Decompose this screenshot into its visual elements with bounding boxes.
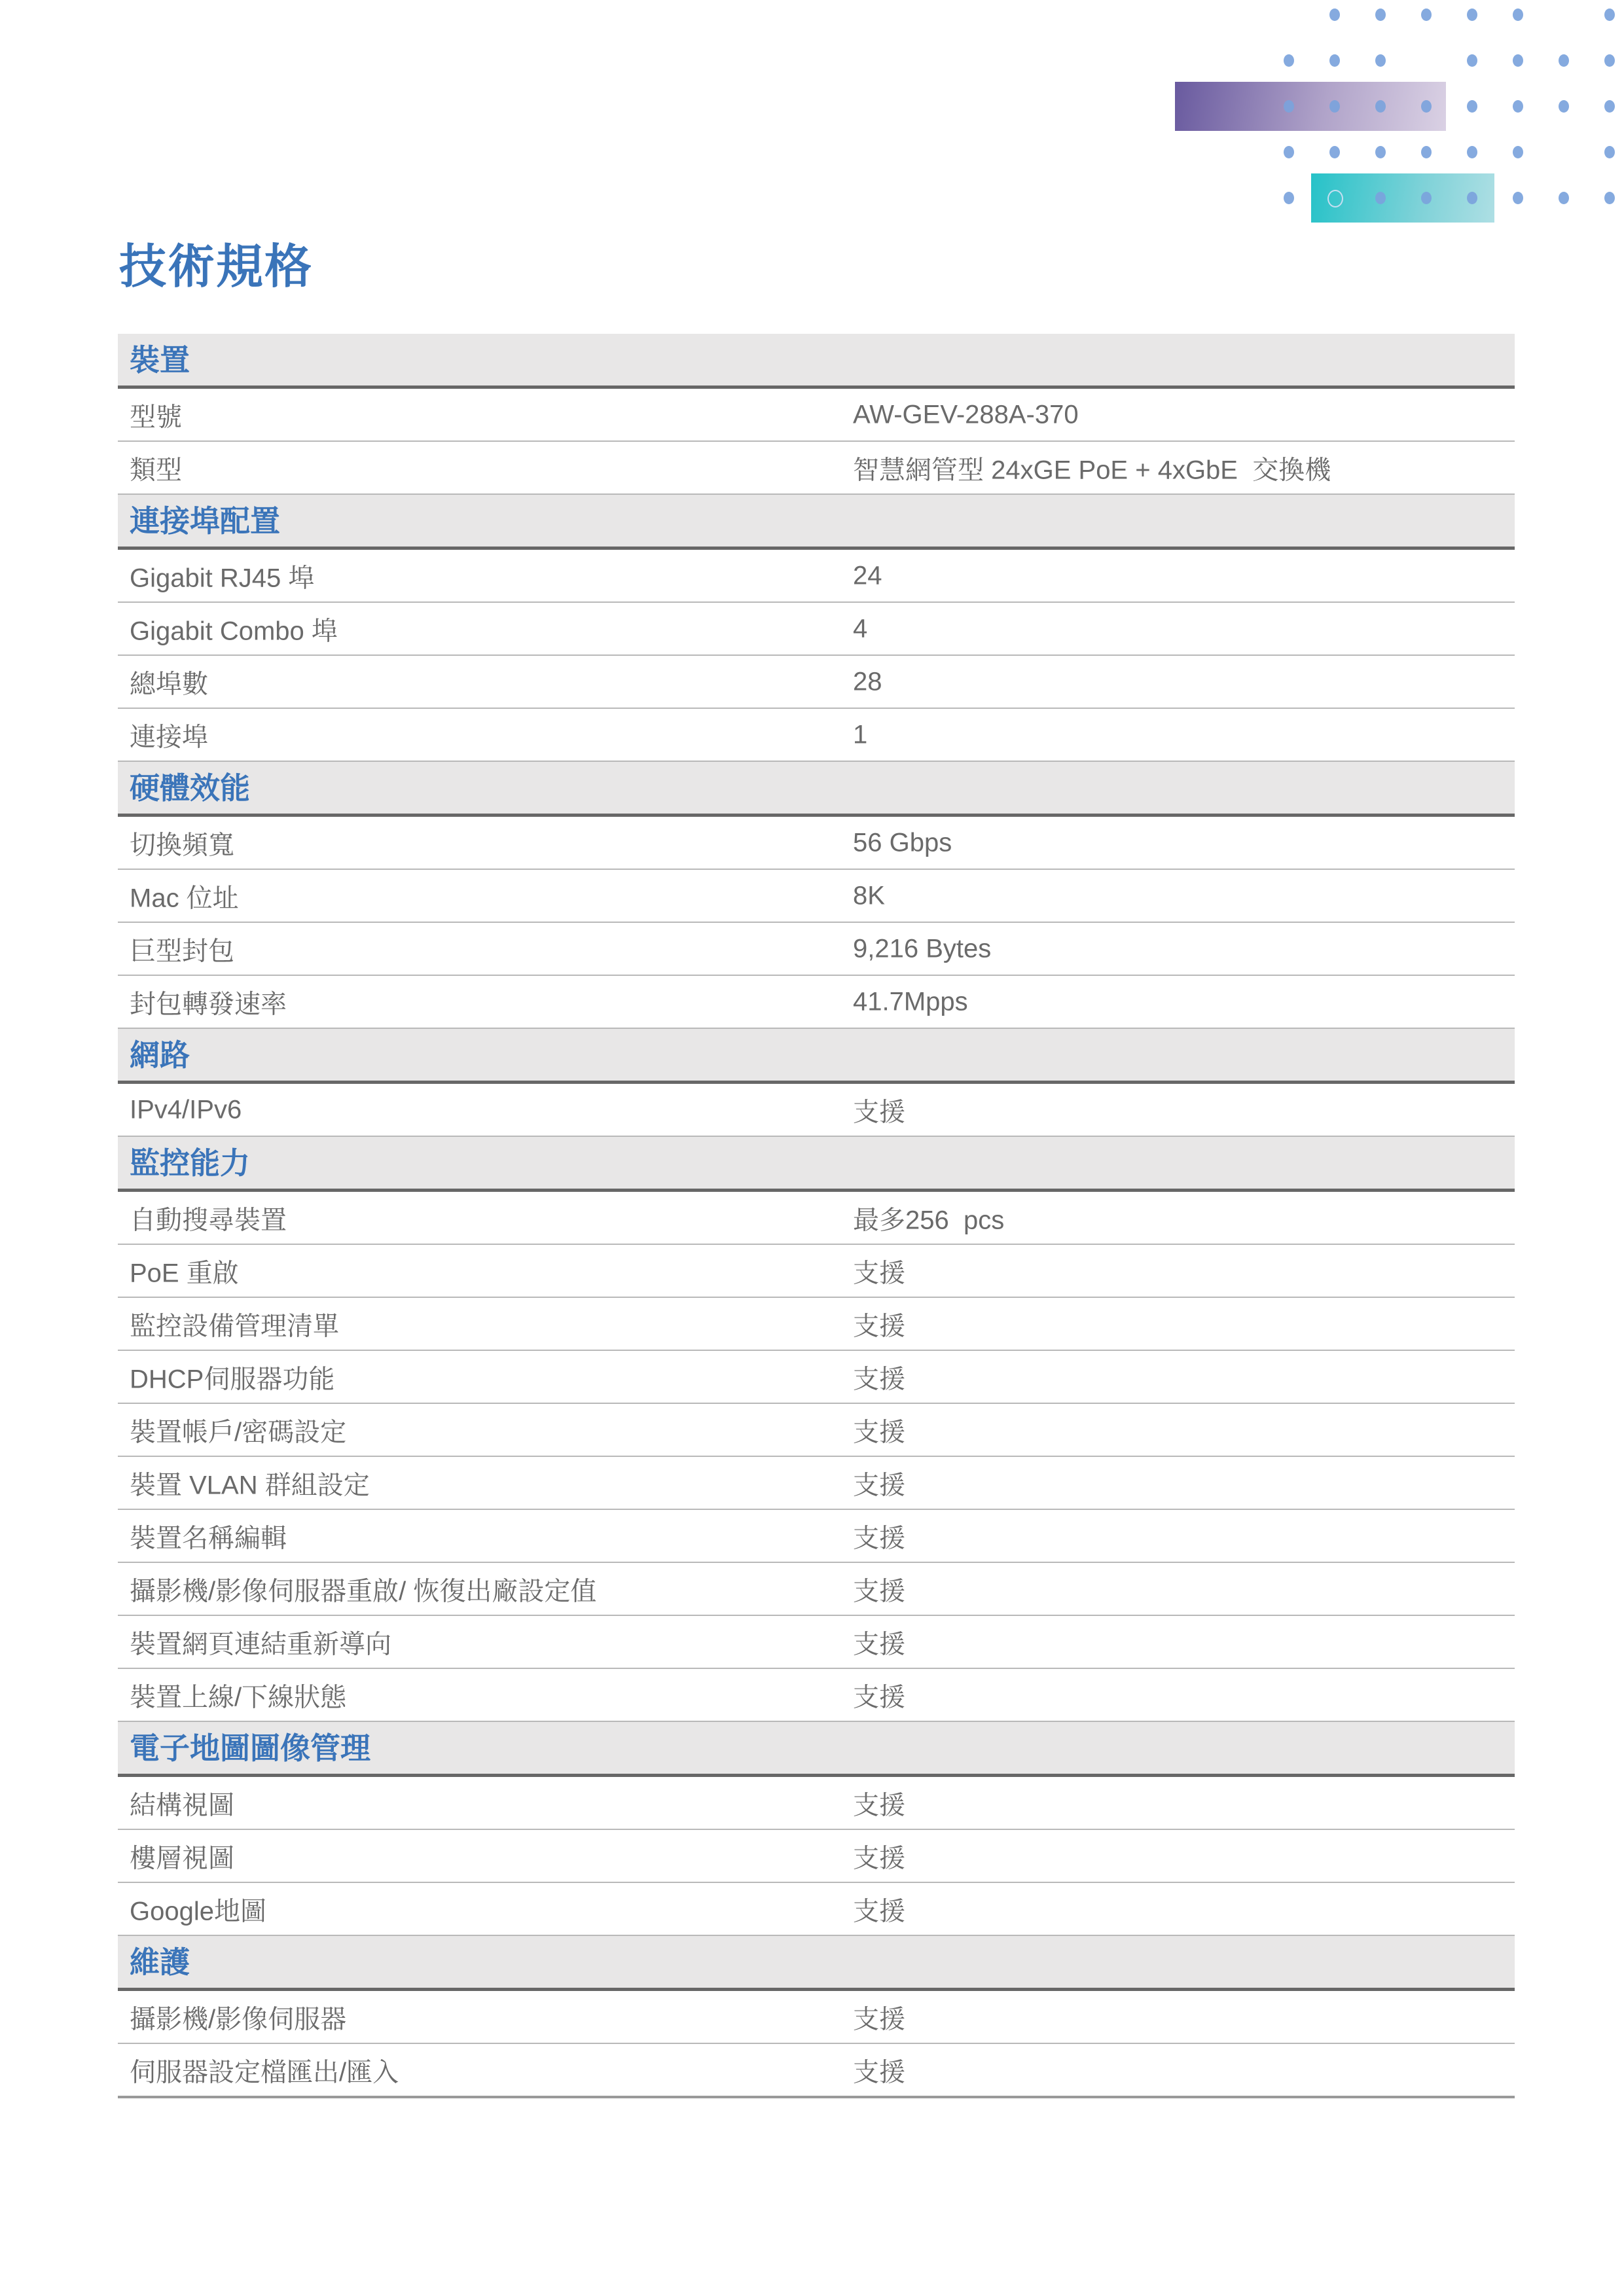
row-value: 支援 <box>853 1464 905 1501</box>
table-row: 攝影機/影像伺服器重啟/ 恢復出廠設定值支援 <box>118 1563 1515 1616</box>
table-row: Google地圖支援 <box>118 1883 1515 1936</box>
row-value: 41.7Mpps <box>853 987 968 1016</box>
decorative-dot <box>1327 190 1343 207</box>
table-row: DHCP伺服器功能支援 <box>118 1351 1515 1404</box>
row-label: 切換頻寬 <box>130 824 234 861</box>
section-header: 監控能力 <box>118 1137 1515 1192</box>
decorative-dot <box>1375 192 1386 204</box>
decorative-dot <box>1467 192 1477 204</box>
decorative-dot <box>1421 100 1432 113</box>
decorative-dot <box>1467 54 1477 67</box>
row-label: Google地圖 <box>130 1890 266 1928</box>
section-header: 硬體效能 <box>118 762 1515 817</box>
row-label: 自動搜尋裝置 <box>130 1199 287 1236</box>
table-row: 裝置帳戶/密碼設定支援 <box>118 1404 1515 1457</box>
row-label: 結構視圖 <box>130 1784 234 1821</box>
row-value: 9,216 Bytes <box>853 934 991 963</box>
row-label: IPv4/IPv6 <box>130 1095 242 1124</box>
table-row: 類型智慧網管型 24xGE PoE + 4xGbE 交換機 <box>118 442 1515 495</box>
row-label: 裝置 VLAN 群組設定 <box>130 1464 370 1501</box>
decorative-dot <box>1513 192 1523 204</box>
decorative-dot <box>1375 54 1386 67</box>
table-row: 樓層視圖支援 <box>118 1830 1515 1883</box>
decorative-dot <box>1421 9 1432 21</box>
row-value: 支援 <box>853 1305 905 1342</box>
decorative-dot <box>1559 100 1569 113</box>
top-right-decoration <box>0 0 1624 275</box>
section-header-label: 裝置 <box>130 345 190 375</box>
decorative-dot <box>1604 146 1615 158</box>
spec-table: 裝置型號AW-GEV-288A-370類型智慧網管型 24xGE PoE + 4… <box>118 334 1515 2098</box>
decorative-dot <box>1604 54 1615 67</box>
section-header-label: 網路 <box>130 1040 190 1070</box>
row-value: 智慧網管型 24xGE PoE + 4xGbE 交換機 <box>853 449 1331 486</box>
table-row: 切換頻寬56 Gbps <box>118 817 1515 870</box>
section-header: 維護 <box>118 1936 1515 1991</box>
section-header: 網路 <box>118 1029 1515 1084</box>
row-label: Mac 位址 <box>130 877 239 914</box>
row-value: 56 Gbps <box>853 828 952 857</box>
row-label: 裝置名稱編輯 <box>130 1517 287 1554</box>
row-value: 支援 <box>853 1358 905 1395</box>
section-header-label: 連接埠配置 <box>130 506 280 536</box>
decorative-dot <box>1604 192 1615 204</box>
table-row: PoE 重啟支援 <box>118 1245 1515 1298</box>
row-label: 伺服器設定檔匯出/匯入 <box>130 2051 399 2089</box>
decorative-dot <box>1467 146 1477 158</box>
decorative-dot <box>1284 54 1294 67</box>
section-header-label: 監控能力 <box>130 1148 250 1178</box>
table-row: Gigabit RJ45 埠24 <box>118 550 1515 603</box>
purple-gradient-bar <box>1175 82 1446 131</box>
row-value: 24 <box>853 561 882 590</box>
row-label: 封包轉發速率 <box>130 983 287 1020</box>
table-row: IPv4/IPv6支援 <box>118 1084 1515 1137</box>
decorative-dot <box>1329 54 1340 67</box>
decorative-dot <box>1375 146 1386 158</box>
row-label: 裝置上線/下線狀態 <box>130 1676 346 1713</box>
row-value: 支援 <box>853 1570 905 1607</box>
table-row: 伺服器設定檔匯出/匯入支援 <box>118 2044 1515 2098</box>
table-row: 連接埠1 <box>118 709 1515 762</box>
row-value: 最多256 pcs <box>853 1199 1004 1236</box>
table-row: 裝置 VLAN 群組設定支援 <box>118 1457 1515 1510</box>
row-value: 支援 <box>853 1623 905 1660</box>
section-header-label: 電子地圖圖像管理 <box>130 1733 370 1763</box>
table-row: 巨型封包9,216 Bytes <box>118 923 1515 976</box>
row-label: 攝影機/影像伺服器 <box>130 1998 346 2036</box>
decorative-dot <box>1329 9 1340 21</box>
decorative-dot <box>1329 100 1340 113</box>
decorative-dot <box>1421 146 1432 158</box>
table-row: Gigabit Combo 埠4 <box>118 603 1515 656</box>
row-label: 裝置帳戶/密碼設定 <box>130 1411 346 1448</box>
row-label: PoE 重啟 <box>130 1252 239 1289</box>
table-row: 結構視圖支援 <box>118 1777 1515 1830</box>
row-value: 支援 <box>853 1252 905 1289</box>
row-value: 支援 <box>853 2051 905 2089</box>
row-value: AW-GEV-288A-370 <box>853 400 1079 429</box>
row-value: 支援 <box>853 1091 905 1128</box>
row-label: 攝影機/影像伺服器重啟/ 恢復出廠設定值 <box>130 1570 596 1607</box>
row-label: 裝置網頁連結重新導向 <box>130 1623 391 1660</box>
decorative-dot <box>1513 146 1523 158</box>
row-label: DHCP伺服器功能 <box>130 1358 334 1395</box>
decorative-dot <box>1375 100 1386 113</box>
row-label: 總埠數 <box>130 663 208 700</box>
table-row: 封包轉發速率41.7Mpps <box>118 976 1515 1029</box>
row-value: 28 <box>853 667 882 696</box>
table-row: 裝置上線/下線狀態支援 <box>118 1669 1515 1722</box>
decorative-dot <box>1513 54 1523 67</box>
decorative-dot <box>1604 100 1615 113</box>
row-label: 連接埠 <box>130 716 208 753</box>
table-row: 裝置名稱編輯支援 <box>118 1510 1515 1563</box>
decorative-dot <box>1421 192 1432 204</box>
row-label: 型號 <box>130 396 182 433</box>
decorative-dot <box>1284 146 1294 158</box>
table-row: Mac 位址8K <box>118 870 1515 923</box>
table-row: 攝影機/影像伺服器支援 <box>118 1991 1515 2044</box>
row-label: Gigabit Combo 埠 <box>130 610 338 647</box>
decorative-dot <box>1467 100 1477 113</box>
decorative-dot <box>1329 146 1340 158</box>
row-label: 監控設備管理清單 <box>130 1305 339 1342</box>
decorative-dot <box>1559 54 1569 67</box>
table-row: 總埠數28 <box>118 656 1515 709</box>
row-value: 支援 <box>853 1998 905 2036</box>
decorative-dot <box>1467 9 1477 21</box>
row-value: 支援 <box>853 1890 905 1928</box>
decorative-dot <box>1284 100 1294 113</box>
table-row: 型號AW-GEV-288A-370 <box>118 389 1515 442</box>
row-label: Gigabit RJ45 埠 <box>130 557 314 594</box>
decorative-dot <box>1513 100 1523 113</box>
section-header: 電子地圖圖像管理 <box>118 1722 1515 1777</box>
decorative-dot <box>1559 192 1569 204</box>
section-header: 裝置 <box>118 334 1515 389</box>
row-label: 巨型封包 <box>130 930 234 967</box>
row-value: 1 <box>853 720 867 749</box>
row-value: 支援 <box>853 1837 905 1874</box>
row-label: 樓層視圖 <box>130 1837 234 1874</box>
spec-sheet-page: 技術規格 裝置型號AW-GEV-288A-370類型智慧網管型 24xGE Po… <box>0 0 1624 2296</box>
row-value: 支援 <box>853 1517 905 1554</box>
page-title: 技術規格 <box>119 243 313 291</box>
table-row: 裝置網頁連結重新導向支援 <box>118 1616 1515 1669</box>
section-header-label: 維護 <box>130 1947 190 1977</box>
decorative-dot <box>1604 9 1615 21</box>
section-header-label: 硬體效能 <box>130 773 250 803</box>
row-value: 4 <box>853 614 867 643</box>
row-label: 類型 <box>130 449 182 486</box>
section-header: 連接埠配置 <box>118 495 1515 550</box>
table-row: 監控設備管理清單支援 <box>118 1298 1515 1351</box>
row-value: 支援 <box>853 1411 905 1448</box>
row-value: 支援 <box>853 1784 905 1821</box>
table-row: 自動搜尋裝置最多256 pcs <box>118 1192 1515 1245</box>
decorative-dot <box>1375 9 1386 21</box>
decorative-dot <box>1284 192 1294 204</box>
row-value: 8K <box>853 881 885 910</box>
row-value: 支援 <box>853 1676 905 1713</box>
decorative-dot <box>1513 9 1523 21</box>
